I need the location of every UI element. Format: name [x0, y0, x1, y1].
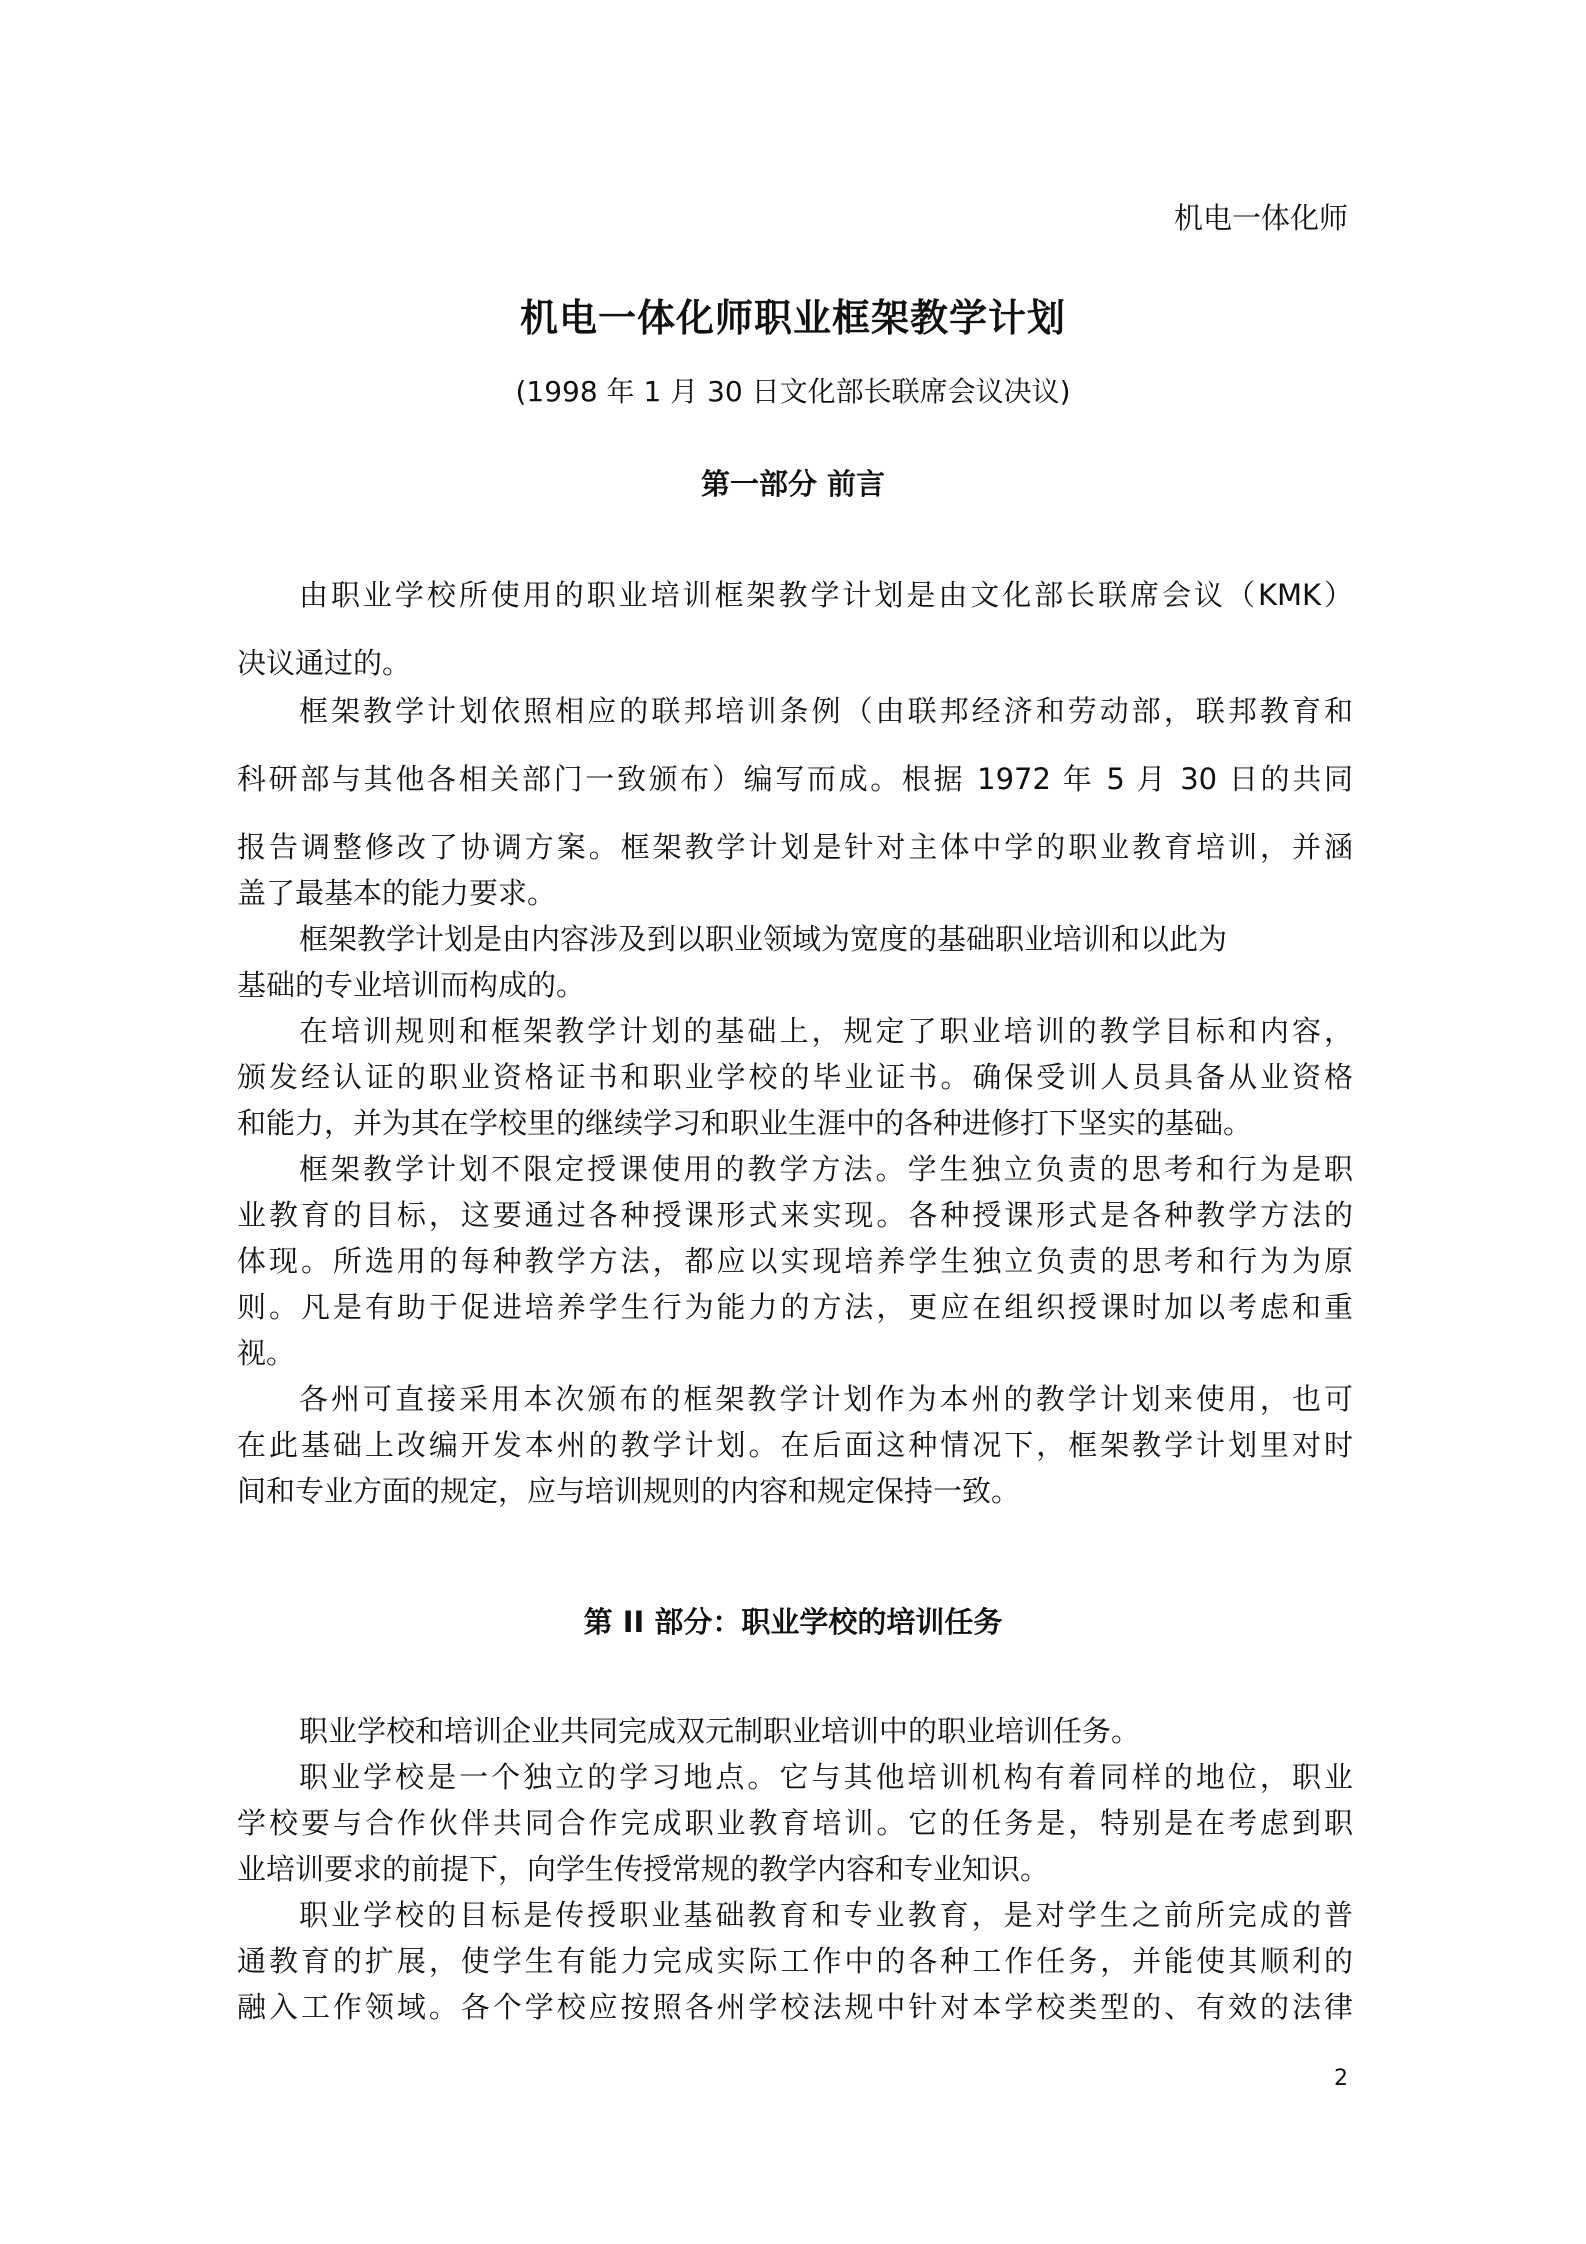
text-line: 通教育的扩展，使学生有能力完成实际工作中的各种工作任务，并能使其顺利的 [237, 1938, 1353, 1984]
text-line: 报告调整修改了协调方案。框架教学计划是针对主体中学的职业教育培训，并涵 [237, 824, 1353, 870]
text-line: 科研部与其他各相关部门一致颁布）编写而成。根据 1972 年 5 月 30 日的… [237, 756, 1353, 824]
text-line: 职业学校的目标是传授职业基础教育和专业教育，是对学生之前所完成的普 [237, 1892, 1353, 1938]
text-line: 则。凡是有助于促进培养学生行为能力的方法，更应在组织授课时加以考虑和重 [237, 1284, 1353, 1330]
text-line: 学校要与合作伙伴共同合作完成职业教育培训。它的任务是，特别是在考虑到职 [237, 1800, 1353, 1846]
text-line: 融入工作领域。各个学校应按照各州学校法规中针对本学校类型的、有效的法律 [237, 1984, 1353, 2030]
document-title: 机电一体化师职业框架教学计划 [0, 287, 1586, 342]
running-header: 机电一体化师 [1174, 196, 1348, 237]
text-line: 决议通过的。 [237, 640, 1353, 686]
page-number: 2 [1334, 2066, 1348, 2091]
text-line: 间和专业方面的规定，应与培训规则的内容和规定保持一致。 [237, 1468, 1353, 1514]
document-subtitle: (1998 年 1 月 30 日文化部长联席会议决议) [0, 370, 1586, 410]
section-heading-preface: 第一部分 前言 [0, 462, 1586, 503]
text-line: 职业学校是一个独立的学习地点。它与其他培训机构有着同样的地位，职业 [237, 1754, 1353, 1800]
text-line: 由职业学校所使用的职业培训框架教学计划是由文化部长联席会议（KMK） [237, 572, 1353, 640]
text-line: 在此基础上改编开发本州的教学计划。在后面这种情况下，框架教学计划里对时 [237, 1422, 1353, 1468]
text-line: 在培训规则和框架教学计划的基础上，规定了职业培训的教学目标和内容， [237, 1008, 1353, 1054]
section-body-preface: 由职业学校所使用的职业培训框架教学计划是由文化部长联席会议（KMK） 决议通过的… [237, 572, 1353, 1514]
text-line: 体现。所选用的每种教学方法，都应以实现培养学生独立负责的思考和行为为原 [237, 1238, 1353, 1284]
text-line: 各州可直接采用本次颁布的框架教学计划作为本州的教学计划来使用，也可 [237, 1376, 1353, 1422]
text-line: 视。 [237, 1330, 1353, 1376]
text-line: 业教育的目标，这要通过各种授课形式来实现。各种授课形式是各种教学方法的 [237, 1192, 1353, 1238]
text-line: 盖了最基本的能力要求。 [237, 870, 1353, 916]
text-line: 基础的专业培训而构成的。 [237, 962, 1353, 1008]
section-body-vocational-school-tasks: 职业学校和培训企业共同完成双元制职业培训中的职业培训任务。 职业学校是一个独立的… [237, 1708, 1353, 2030]
text-line: 职业学校和培训企业共同完成双元制职业培训中的职业培训任务。 [237, 1708, 1353, 1754]
text-line: 框架教学计划是由内容涉及到以职业领域为宽度的基础职业培训和以此为 [237, 916, 1353, 962]
text-line: 框架教学计划不限定授课使用的教学方法。学生独立负责的思考和行为是职 [237, 1146, 1353, 1192]
section-heading-vocational-school-tasks: 第 II 部分：职业学校的培训任务 [0, 1600, 1586, 1641]
text-line: 框架教学计划依照相应的联邦培训条例（由联邦经济和劳动部，联邦教育和 [237, 688, 1353, 756]
text-line: 业培训要求的前提下，向学生传授常规的教学内容和专业知识。 [237, 1846, 1353, 1892]
text-line: 颁发经认证的职业资格证书和职业学校的毕业证书。确保受训人员具备从业资格 [237, 1054, 1353, 1100]
text-line: 和能力，并为其在学校里的继续学习和职业生涯中的各种进修打下坚实的基础。 [237, 1100, 1353, 1146]
